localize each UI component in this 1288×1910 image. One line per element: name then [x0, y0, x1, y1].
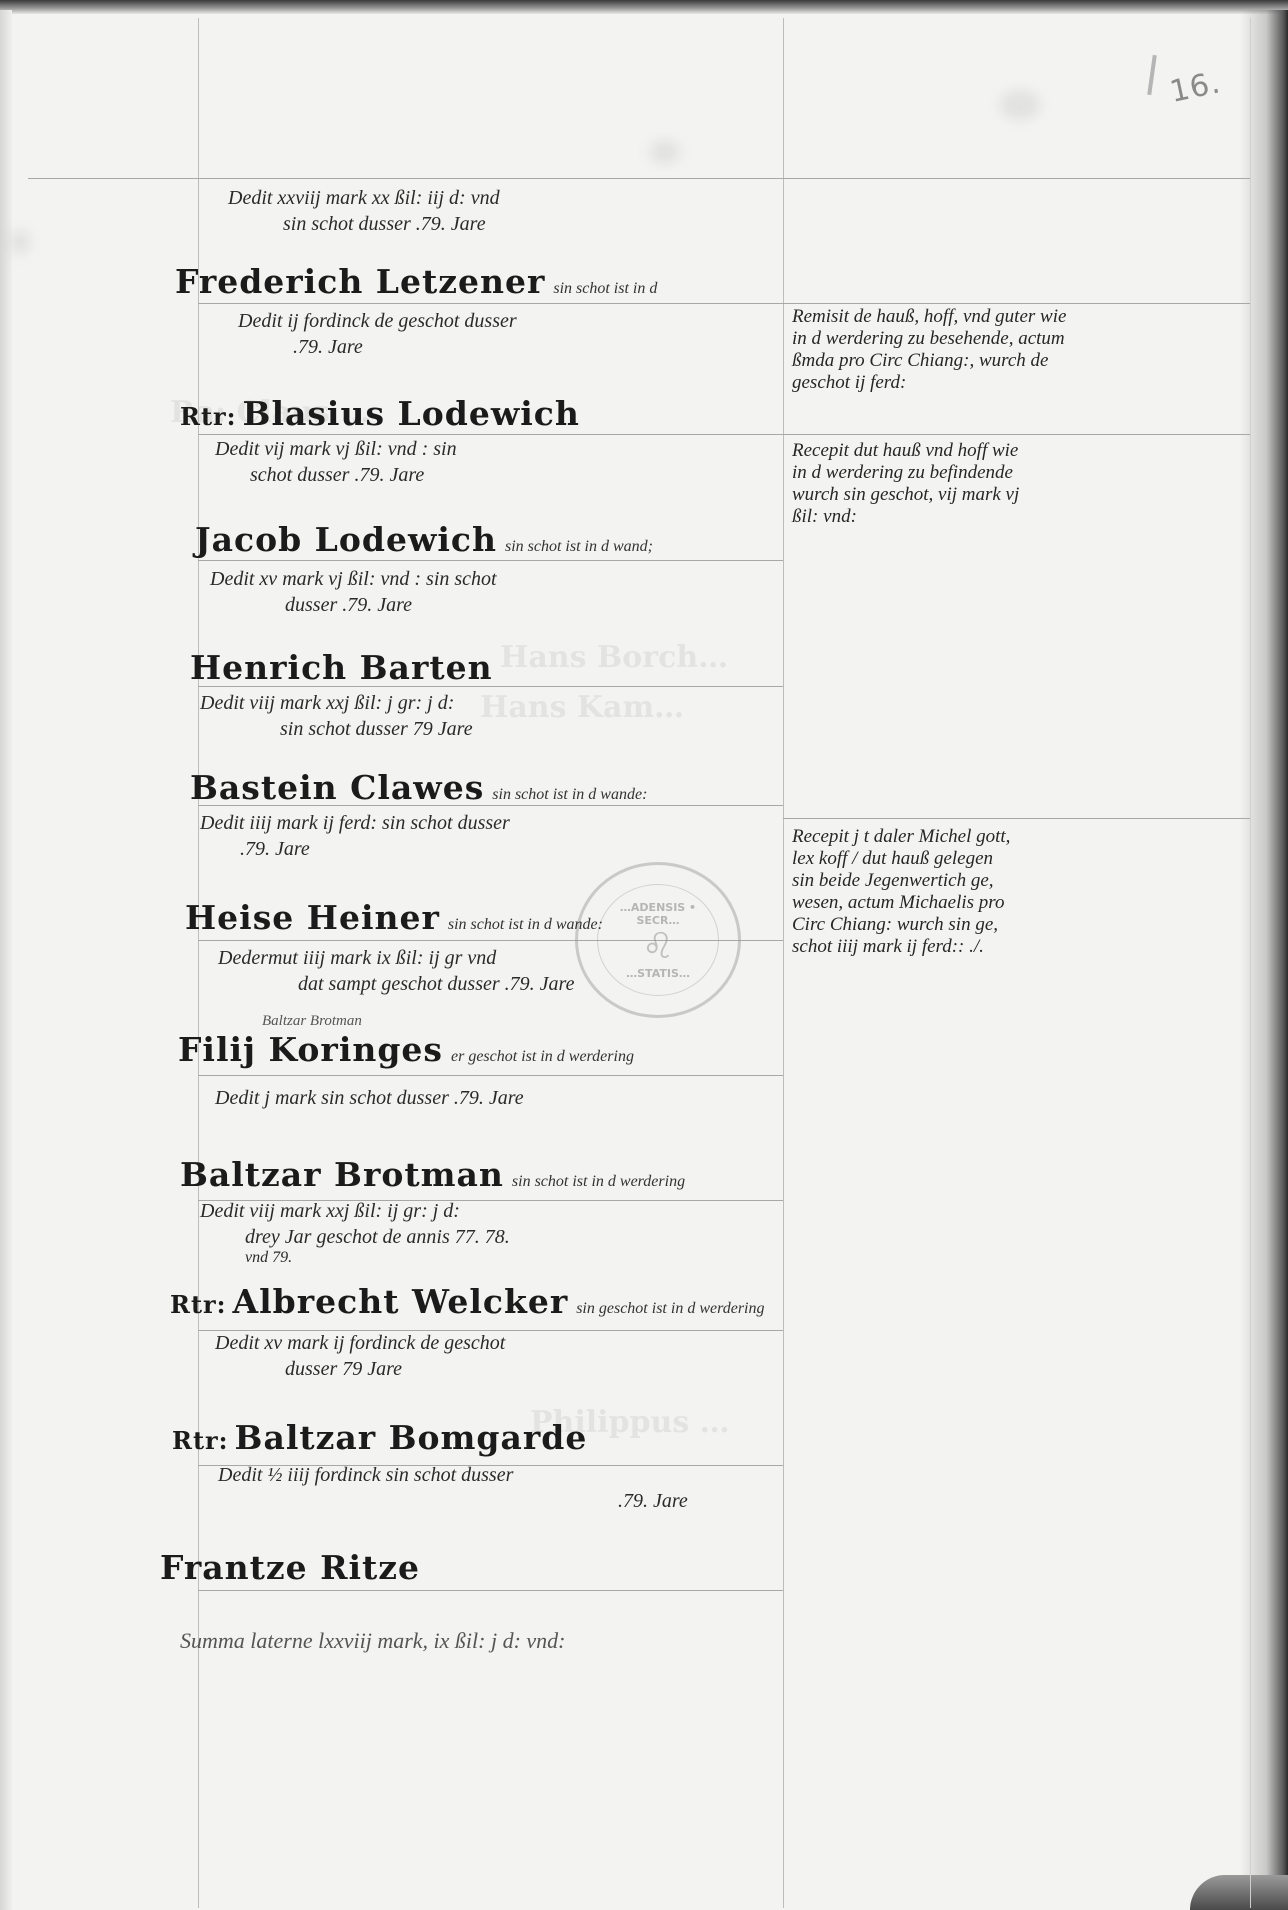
page-top-edge — [0, 0, 1288, 14]
taxpayer-name: Baltzar Brotmansin schot ist in d werder… — [180, 1155, 685, 1194]
stamp-text-bottom: …STATIS… — [626, 967, 690, 980]
taxpayer-name: Rtr:Baltzar Bomgarde — [172, 1418, 587, 1457]
entry-line: dat sampt geschot dusser .79. Jare — [218, 971, 574, 997]
entry-line: .79. Jare — [200, 836, 510, 862]
entry-line: .79. Jare — [238, 334, 517, 360]
stain — [10, 230, 30, 254]
entry-line: drey Jar geschot de annis 77. 78. — [200, 1224, 510, 1250]
name-annotation: sin schot ist in d wande: — [448, 916, 603, 933]
entry-payment: Dedermut iiij mark ix ßil: ij gr vnd dat… — [218, 945, 574, 997]
entry-line: Dedit vij mark vj ßil: vnd : sin — [215, 436, 457, 462]
name-annotation: sin schot ist in d werdering — [512, 1173, 685, 1190]
entry-line: Dedit ij fordinck de geschot dusser — [238, 308, 517, 334]
entry-line: sin schot dusser 79 Jare — [200, 716, 473, 742]
margin-note-letzener: Remisit de hauß, hoff, vnd guter wie in … — [792, 306, 1262, 394]
bleed-through-text: Hans Borch… — [500, 640, 728, 675]
entry-payment: Dedit xv mark vj ßil: vnd : sin schot du… — [210, 566, 497, 618]
margin-note-lodewich: Recepit dut hauß vnd hoff wie in d werde… — [792, 440, 1262, 528]
entry-line: Dedit viij mark xxj ßil: j gr: j d: — [200, 690, 473, 716]
name-annotation: sin geschot ist in d werdering — [576, 1300, 764, 1317]
council-prefix: Rtr: — [172, 1426, 229, 1455]
entry-payment: Dedit ½ iiij fordinck sin schot dusser .… — [218, 1462, 688, 1514]
entry-line: .79. Jare — [218, 1488, 688, 1514]
left-margin-rule — [198, 18, 199, 1908]
taxpayer-name: Jacob Lodewichsin schot ist in d wand; — [195, 520, 653, 559]
entry-line: Dedit j mark sin schot dusser .79. Jare — [215, 1085, 524, 1111]
entry-line: dusser .79. Jare — [210, 592, 497, 618]
entry-line: Dedit ½ iiij fordinck sin schot dusser — [218, 1462, 688, 1488]
entry-line: Dedermut iiij mark ix ßil: ij gr vnd — [218, 945, 574, 971]
archive-stamp: …ADENSIS • SECR… ♌ …STATIS… — [575, 862, 741, 1018]
folio-bracket — [1147, 55, 1157, 95]
entry-rule — [198, 1075, 783, 1076]
entry-line: sin schot dusser .79. Jare — [228, 211, 500, 237]
entry-rule — [198, 1590, 783, 1591]
entry-rule — [783, 818, 1250, 819]
entry-payment: Dedit j mark sin schot dusser .79. Jare — [215, 1085, 524, 1111]
entry-line: Dedit xv mark ij fordinck de geschot — [215, 1330, 505, 1356]
entry-line: Dedit xv mark vj ßil: vnd : sin schot — [210, 566, 497, 592]
taxpayer-name: Frederich Letzenersin schot ist in d — [175, 262, 657, 301]
name-annotation: er geschot ist in d werdering — [451, 1048, 634, 1065]
entry-payment: Dedit vij mark vj ßil: vnd : sin schot d… — [215, 436, 457, 488]
entry-rule — [198, 303, 1250, 304]
taxpayer-name: Filij Koringeser geschot ist in d werder… — [178, 1030, 634, 1069]
entry-payment: Dedit viij mark xxj ßil: ij gr: j d: dre… — [200, 1198, 510, 1266]
taxpayer-name: Henrich Barten — [190, 648, 493, 687]
entry-rule — [198, 434, 1250, 435]
council-prefix: Rtr: — [170, 1290, 227, 1319]
entry-line: schot dusser .79. Jare — [215, 462, 457, 488]
entry-line: Dedit iiij mark ij ferd: sin schot dusse… — [200, 810, 510, 836]
stain — [650, 140, 680, 164]
taxpayer-name: Rtr:Albrecht Welckersin geschot ist in d… — [170, 1282, 765, 1321]
stain — [1000, 90, 1040, 120]
column-divider-rule — [783, 18, 784, 1908]
entry-payment: Dedit ij fordinck de geschot dusser .79.… — [238, 308, 517, 360]
taxpayer-name: Frantze Ritze — [160, 1548, 420, 1587]
bleed-through-text: Hans Kam… — [480, 690, 684, 725]
taxpayer-name: Rtr:Blasius Lodewich — [180, 394, 580, 433]
entry-line: Dedit xxviij mark xx ßil: iij d: vnd — [228, 185, 500, 211]
entry-line: Dedit viij mark xxj ßil: ij gr: j d: — [200, 1198, 510, 1224]
taxpayer-name: Bastein Clawessin schot ist in d wande: — [190, 768, 647, 807]
entry-payment: Dedit viij mark xxj ßil: j gr: j d: sin … — [200, 690, 473, 742]
entry-line: dusser 79 Jare — [215, 1356, 505, 1382]
page-corner — [1190, 1875, 1288, 1910]
stamp-text-top: …ADENSIS • SECR… — [598, 901, 718, 927]
page-total: Summa laterne lxxviij mark, ix ßil: j d:… — [180, 1628, 566, 1654]
entry-payment: Dedit iiij mark ij ferd: sin schot dusse… — [200, 810, 510, 862]
entry-carryover: Dedit xxviij mark xx ßil: iij d: vnd sin… — [228, 185, 500, 237]
margin-note-clawes: Recepit j t daler Michel gott, lex koff … — [792, 826, 1262, 958]
header-rule — [28, 178, 1250, 179]
entry-line: vnd 79. — [200, 1250, 510, 1266]
entry-payment: Dedit xv mark ij fordinck de geschot dus… — [215, 1330, 505, 1382]
entry-rule — [198, 560, 783, 561]
name-annotation: sin schot ist in d — [553, 280, 657, 297]
binding-shadow — [1240, 10, 1288, 1910]
right-margin-rule — [1250, 18, 1251, 1908]
name-annotation: sin schot ist in d wande: — [492, 786, 647, 803]
folio-number: 16. — [1167, 65, 1224, 110]
page-left-edge — [0, 10, 12, 1910]
taxpayer-name: Heise Heinersin schot ist in d wande: — [185, 898, 603, 937]
council-prefix: Rtr: — [180, 402, 237, 431]
lion-emblem-icon: ♌ — [642, 927, 674, 967]
name-annotation: sin schot ist in d wand; — [505, 538, 653, 555]
manuscript-page: Ra: Claus … Hans Borch… Hans Kam… Philip… — [0, 0, 1288, 1910]
